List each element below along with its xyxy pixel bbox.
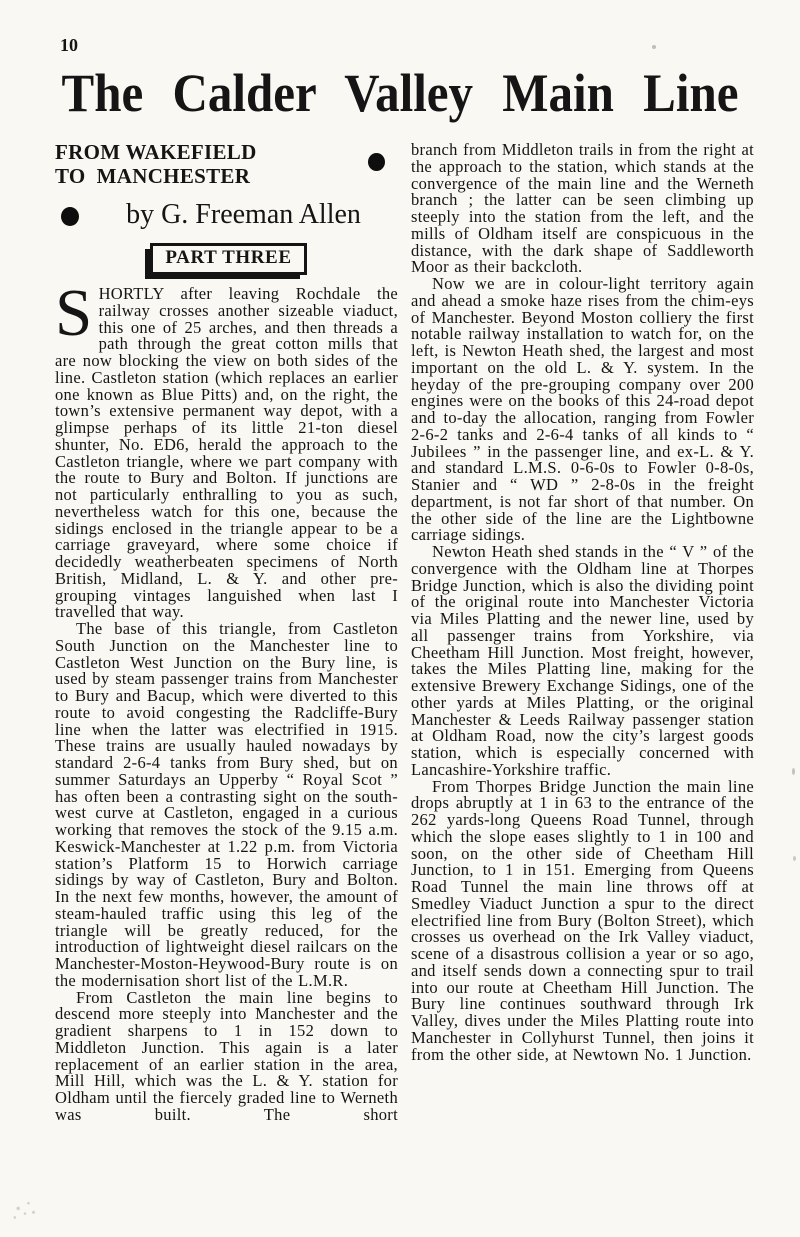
article-kicker: FROM WAKEFIELD TO MANCHESTER xyxy=(55,139,398,188)
article-title: The Calder Valley Main Line xyxy=(0,66,800,120)
kicker-line-1: FROM WAKEFIELD xyxy=(55,140,398,164)
paragraph: From Thorpes Bridge Junction the main li… xyxy=(411,779,754,1064)
paragraph: branch from Middleton trails in from the… xyxy=(411,142,754,276)
byline-row: by G. Freeman Allen xyxy=(55,198,398,234)
paragraph-text: HORTLY after leaving Rochdale the railwa… xyxy=(55,284,398,621)
part-label: PART THREE xyxy=(150,243,306,275)
kicker-line-2: TO MANCHESTER xyxy=(55,164,398,188)
paragraph: Now we are in colour-light territory aga… xyxy=(411,276,754,544)
bullet-dot-icon xyxy=(61,207,79,226)
part-label-wrap: PART THREE xyxy=(55,243,398,275)
magazine-page: 10 The Calder Valley Main Line FROM WAKE… xyxy=(0,0,800,1237)
right-column: branch from Middleton trails in from the… xyxy=(411,139,754,1124)
drop-cap: S xyxy=(55,286,99,338)
scan-speck xyxy=(652,45,656,49)
paragraph: The base of this triangle, from Castleto… xyxy=(55,621,398,990)
scan-smudge xyxy=(8,1198,42,1224)
left-column-text: SHORTLY after leaving Rochdale the railw… xyxy=(55,286,398,1124)
scan-speck xyxy=(792,768,795,775)
byline: by G. Freeman Allen xyxy=(55,198,398,232)
left-column: FROM WAKEFIELD TO MANCHESTER by G. Freem… xyxy=(55,139,398,1124)
paragraph: SHORTLY after leaving Rochdale the railw… xyxy=(55,286,398,621)
page-number: 10 xyxy=(60,35,78,56)
scan-speck xyxy=(793,856,796,861)
paragraph: From Castleton the main line begins to d… xyxy=(55,990,398,1124)
paragraph: Newton Heath shed stands in the “ V ” of… xyxy=(411,544,754,779)
two-column-body: FROM WAKEFIELD TO MANCHESTER by G. Freem… xyxy=(55,139,754,1124)
bullet-dot-icon xyxy=(368,153,385,171)
right-column-text: branch from Middleton trails in from the… xyxy=(411,139,754,1063)
